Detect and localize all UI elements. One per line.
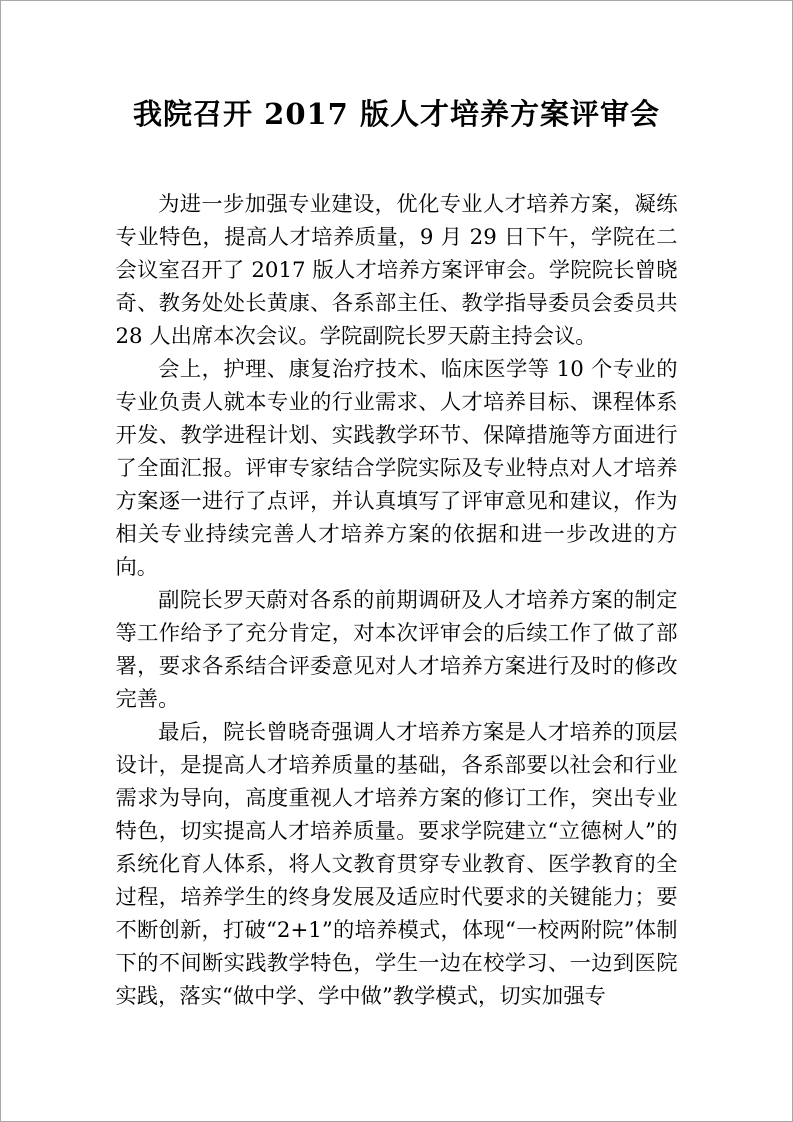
paragraph-2: 会上，护理、康复治疗技术、临床医学等 10 个专业的专业负责人就本专业的行业需求…	[116, 353, 678, 584]
document-body: 为进一步加强专业建设，优化专业人才培养方案，凝练专业特色，提高人才培养质量，9 …	[116, 188, 678, 1013]
paragraph-3: 副院长罗天蔚对各系的前期调研及人才培养方案的制定等工作给予了充分肯定，对本次评审…	[116, 584, 678, 716]
document-page: 我院召开 2017 版人才培养方案评审会 为进一步加强专业建设，优化专业人才培养…	[0, 0, 793, 1122]
paragraph-1: 为进一步加强专业建设，优化专业人才培养方案，凝练专业特色，提高人才培养质量，9 …	[116, 188, 678, 353]
paragraph-4: 最后，院长曾晓奇强调人才培养方案是人才培养的顶层设计，是提高人才培养质量的基础，…	[116, 716, 678, 1013]
document-title: 我院召开 2017 版人才培养方案评审会	[41, 96, 752, 132]
